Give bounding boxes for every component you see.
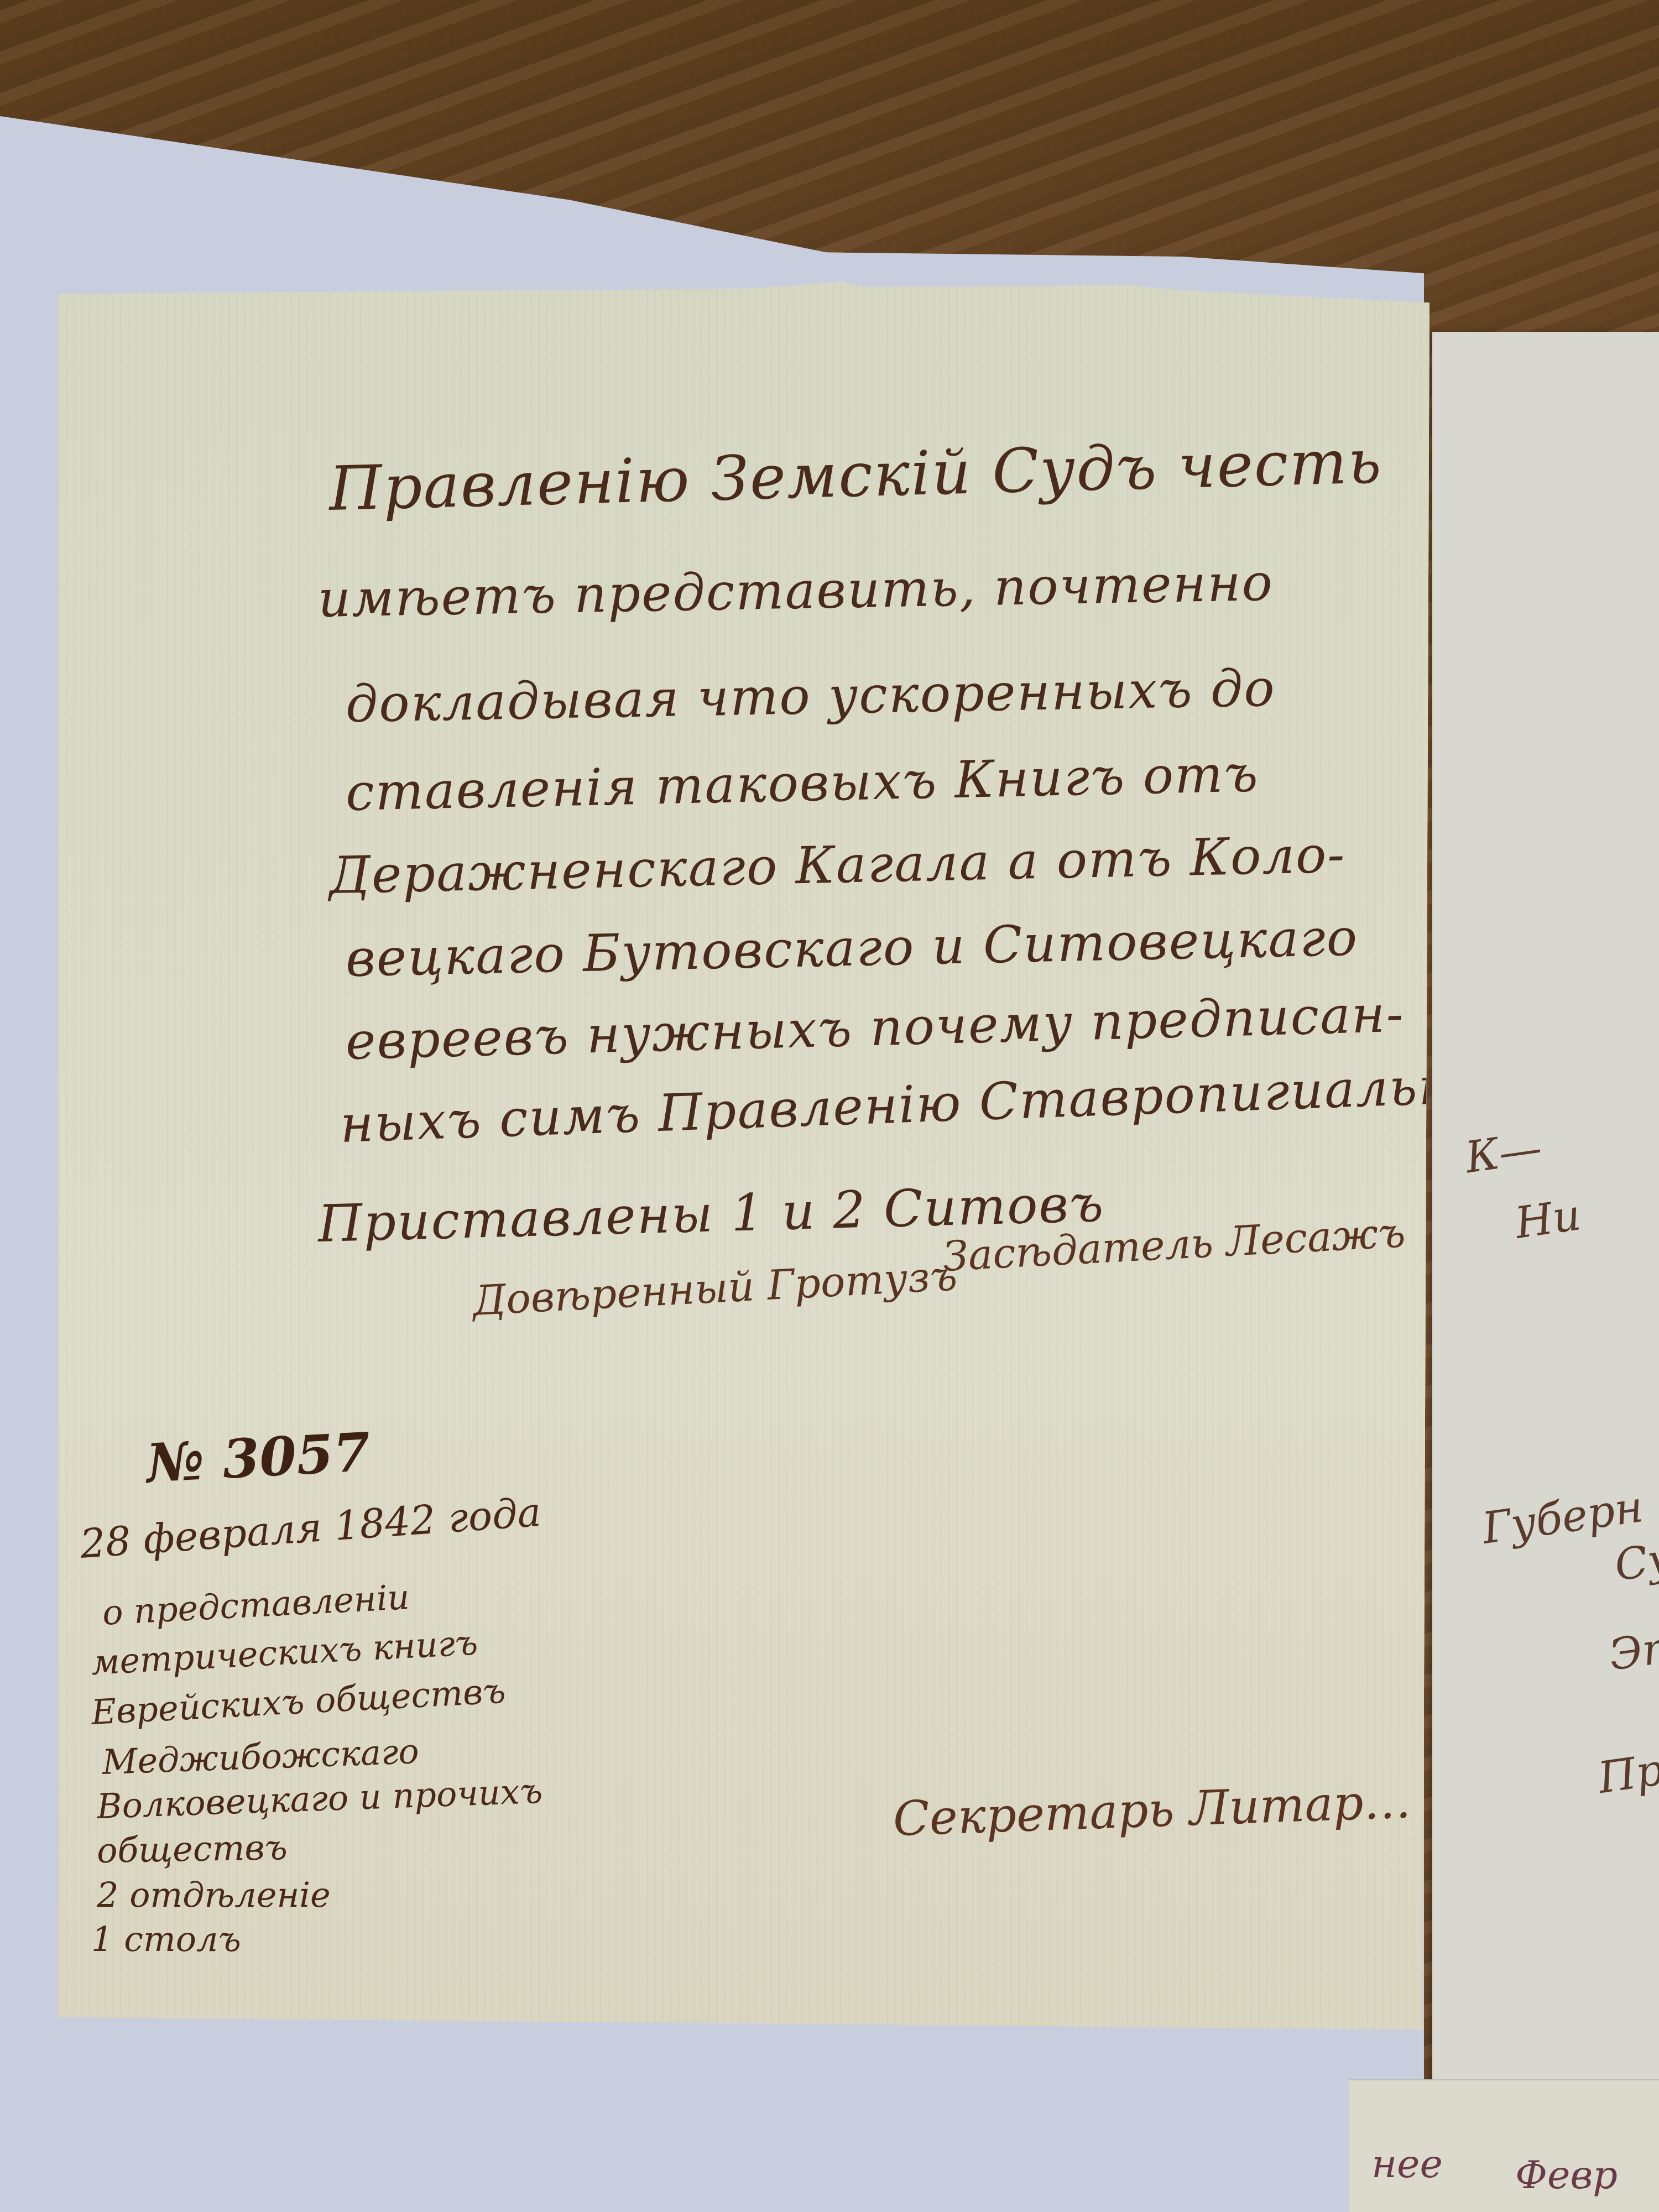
adjacent-document-sheet: К— Ни Губерн Су Эт Пра xyxy=(1432,332,1659,2212)
fragment-text: Февр xyxy=(1515,2152,1618,2198)
bottom-paper-strip: нее Февр xyxy=(1349,2079,1659,2212)
fragment-text: Ни xyxy=(1512,1190,1584,1249)
body-line-6: вецкаго Бутовскаго и Ситовецкаго xyxy=(345,908,1359,988)
handwritten-document-page: Правленію Земскій Судъ честь имѣетъ пред… xyxy=(58,276,1430,2030)
margin-note-line-6: обществъ xyxy=(96,1827,288,1871)
fragment-text: Су xyxy=(1611,1533,1659,1591)
margin-note-line-2: метрическихъ книгъ xyxy=(90,1622,479,1683)
margin-note-line-1: о представленіи xyxy=(101,1577,410,1633)
body-line-2: имѣетъ представить, почтенно xyxy=(317,553,1274,629)
signature-secretary: Секретарь Литар… xyxy=(892,1773,1412,1847)
body-line-1: Правленію Земскій Судъ честь xyxy=(328,426,1383,524)
fragment-text: Эт xyxy=(1606,1621,1659,1681)
body-line-4: ставленія таковыхъ Книгъ отъ xyxy=(345,744,1260,822)
margin-note-line-3: Еврейскихъ обществъ xyxy=(90,1671,507,1733)
fragment-text: К— xyxy=(1462,1123,1545,1183)
body-line-5: Деражненскаго Кагала а отъ Коло- xyxy=(328,825,1346,905)
document-number: № 3057 xyxy=(145,1421,372,1495)
margin-note-line-4: Меджибожскаго xyxy=(102,1731,420,1782)
margin-note-line-7: 2 отдѣленіе xyxy=(97,1875,331,1915)
body-line-3: докладывая что ускоренныхъ до xyxy=(345,659,1276,734)
body-line-7: евреевъ нужныхъ почему предписан- xyxy=(345,984,1405,1071)
document-date: 28 февраля 1842 года xyxy=(79,1489,542,1567)
margin-note-line-8: 1 столъ xyxy=(91,1919,241,1959)
fragment-text: нее xyxy=(1371,2141,1443,2187)
body-line-8: ныхъ симъ Правленію Ставропигиальныхъ xyxy=(339,1052,1561,1154)
signature-left: Довѣренный Гротузъ xyxy=(472,1252,958,1325)
fragment-text: Пра xyxy=(1595,1741,1659,1803)
